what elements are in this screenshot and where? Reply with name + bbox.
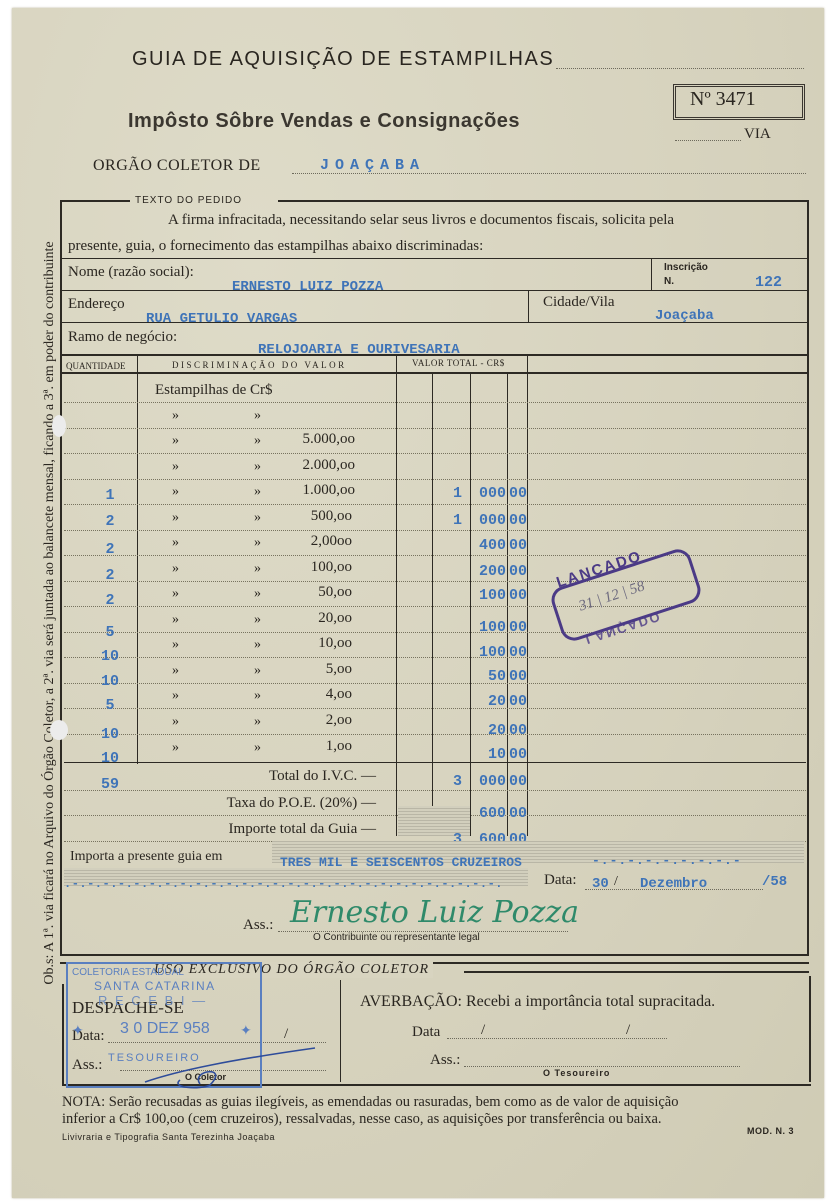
total-ivc-units[interactable]: 000 xyxy=(470,773,506,790)
endereco-value[interactable]: RUA GETULIO VARGAS xyxy=(146,311,297,327)
value-units[interactable]: 100 xyxy=(470,619,506,636)
ditto-mark: » xyxy=(254,586,261,602)
col-header-valor-total: VALOR TOTAL - CR$ xyxy=(412,358,505,368)
date-separator: / xyxy=(481,1022,485,1039)
ditto-mark: » xyxy=(254,714,261,730)
inscricao-label: Inscrição xyxy=(664,262,708,273)
divider xyxy=(651,258,652,290)
inscricao-value[interactable]: 122 xyxy=(755,274,782,291)
divider xyxy=(62,290,807,291)
via-field[interactable] xyxy=(675,140,741,141)
ditto-mark: » xyxy=(172,535,179,551)
ass-label: Ass.: xyxy=(243,917,273,934)
col-line xyxy=(507,374,508,836)
value-units[interactable]: 400 xyxy=(470,537,506,554)
denomination: 1,oo xyxy=(272,738,352,755)
data-month[interactable]: Dezembro xyxy=(640,876,707,892)
data-label: Data: xyxy=(544,872,576,889)
value-units[interactable]: 50 xyxy=(470,668,506,685)
value-cents[interactable]: 00 xyxy=(509,746,531,763)
denomination: 5,oo xyxy=(272,661,352,678)
endereco-label: Endereço xyxy=(68,296,125,313)
total-ivc-thousands[interactable]: 3 xyxy=(432,773,462,790)
col-line xyxy=(432,374,433,836)
ditto-mark: » xyxy=(172,688,179,704)
value-cents[interactable]: 00 xyxy=(509,563,531,580)
value-thousands[interactable]: 1 xyxy=(432,512,462,529)
col-header-quantidade: QUANTIDADE xyxy=(66,361,126,371)
denomination: 500,oo xyxy=(272,508,352,525)
total-quantity[interactable]: 59 xyxy=(80,776,140,793)
quantity[interactable]: 10 xyxy=(80,726,140,743)
request-paragraph-line2: presente, guia, o fornecimento das estam… xyxy=(68,238,483,255)
star-icon: ✦ xyxy=(72,1022,84,1039)
taxa-poe-units[interactable]: 600 xyxy=(470,805,506,822)
ditto-mark: » xyxy=(172,586,179,602)
value-units[interactable]: 20 xyxy=(470,722,506,739)
data-year[interactable]: /58 xyxy=(762,874,787,890)
value-cents[interactable]: 00 xyxy=(509,619,531,636)
cidade-label: Cidade/Vila xyxy=(543,294,615,311)
value-cents[interactable]: 00 xyxy=(509,644,531,661)
quantity[interactable]: 10 xyxy=(80,673,140,690)
document-title: GUIA DE AQUISIÇÃO DE ESTAMPILHAS xyxy=(132,48,554,71)
date-separator: / xyxy=(626,1022,630,1039)
document-number: Nº 3471 xyxy=(690,88,756,111)
value-units[interactable]: 000 xyxy=(470,512,506,529)
denomination: 2,oo xyxy=(272,712,352,729)
ditto-mark: » xyxy=(254,459,261,475)
divider xyxy=(340,980,341,1082)
denomination: 100,oo xyxy=(272,559,352,576)
ditto-mark: » xyxy=(172,484,179,500)
value-cents[interactable]: 00 xyxy=(509,668,531,685)
left-border xyxy=(62,984,64,1084)
ditto-mark: » xyxy=(254,740,261,756)
divider xyxy=(62,322,807,323)
denomination: 1.000,oo xyxy=(275,482,355,499)
coletoria-stamp-line1: COLETORIA ESTADUAL xyxy=(72,967,184,978)
value-cents[interactable]: 00 xyxy=(509,722,531,739)
quantity[interactable]: 5 xyxy=(80,697,140,714)
ditto-mark: » xyxy=(254,612,261,628)
orgao-coletor-label: ORGÃO COLETOR DE xyxy=(93,157,261,175)
value-units[interactable]: 20 xyxy=(470,693,506,710)
importa-filler: -.-.-.-.-.-.-.-.- xyxy=(592,853,742,868)
averbacao-data-label: Data xyxy=(412,1024,440,1041)
denomination: 50,oo xyxy=(272,584,352,601)
ditto-mark: » xyxy=(254,408,261,424)
ditto-mark: » xyxy=(172,561,179,577)
coletoria-stamp-date: 3 0 DEZ 958 xyxy=(120,1020,210,1038)
averbacao-ass-label: Ass.: xyxy=(430,1052,460,1069)
value-units[interactable]: 100 xyxy=(470,644,506,661)
tesoureiro-caption: O Tesoureiro xyxy=(543,1068,610,1078)
inscricao-n-label: N. xyxy=(664,276,674,287)
via-label: VIA xyxy=(744,126,771,143)
taxa-poe-cents[interactable]: 00 xyxy=(509,805,531,822)
date-separator: / xyxy=(614,874,618,890)
ditto-mark: » xyxy=(172,637,179,653)
averbacao-data-field[interactable] xyxy=(447,1038,667,1039)
value-units[interactable]: 10 xyxy=(470,746,506,763)
coletoria-stamp-line3: R E C E B I — xyxy=(98,993,207,1008)
document-subtitle: Impôsto Sôbre Vendas e Consignações xyxy=(128,110,520,133)
contributor-signature: Ernesto Luiz Pozza xyxy=(290,895,579,930)
divider xyxy=(528,290,529,322)
star-icon: ✦ xyxy=(240,1022,252,1039)
estampilhas-intro-label: Estampilhas de Cr$ xyxy=(155,382,272,399)
ditto-mark: » xyxy=(172,433,179,449)
nota-line1: NOTA: Serão recusadas as guias ilegíveis… xyxy=(62,1094,679,1111)
frame-top-left xyxy=(60,200,130,202)
coletor-signature-scribble xyxy=(140,1040,320,1090)
coletoria-stamp-line2: SANTA CATARINA xyxy=(94,979,216,993)
divider xyxy=(464,971,809,973)
ditto-mark: » xyxy=(172,408,179,424)
punch-hole xyxy=(50,720,68,740)
quantity[interactable]: 10 xyxy=(80,648,140,665)
value-cents[interactable]: 00 xyxy=(509,537,531,554)
ditto-mark: » xyxy=(254,433,261,449)
denomination: 4,oo xyxy=(272,686,352,703)
quantity[interactable]: 1 xyxy=(80,487,140,504)
quantity[interactable]: 2 xyxy=(80,513,140,530)
right-border xyxy=(809,976,811,1082)
data-day[interactable]: 30 xyxy=(592,876,609,892)
nota-line2: inferior a Cr$ 100,oo (cem cruzeiros), r… xyxy=(62,1111,662,1128)
col-line xyxy=(470,374,471,836)
title-underline xyxy=(556,68,804,69)
ditto-mark: » xyxy=(254,637,261,653)
total-ivc-label: Total do I.V.C. — xyxy=(200,768,376,785)
ditto-mark: » xyxy=(172,740,179,756)
quantity[interactable]: 5 xyxy=(80,624,140,641)
table-top-border xyxy=(62,354,807,356)
denomination: 10,oo xyxy=(272,635,352,652)
importa-label: Importa a presente guia em xyxy=(70,849,222,865)
contribuinte-caption: O Contribuinte ou representante legal xyxy=(313,932,480,943)
model-number: MOD. N. 3 xyxy=(747,1126,794,1136)
table-header-border xyxy=(62,372,807,374)
value-units[interactable]: 000 xyxy=(470,485,506,502)
ditto-mark: » xyxy=(172,510,179,526)
punch-hole xyxy=(52,415,66,437)
printer-credit: Livivraria e Tipografia Santa Terezinha … xyxy=(62,1132,275,1142)
denomination: 20,oo xyxy=(272,610,352,627)
side-observation-note: Ob.s: A 1ª. via ficará no Arquivo do Órg… xyxy=(42,123,58,1103)
request-paragraph-line1: A firma infracitada, necessitando selar … xyxy=(168,212,674,229)
ditto-mark: » xyxy=(254,561,261,577)
nome-value[interactable]: ERNESTO LUIZ POZZA xyxy=(232,279,383,295)
orgao-coletor-value: JOAÇABA xyxy=(320,157,425,174)
ditto-mark: » xyxy=(254,510,261,526)
value-units[interactable]: 100 xyxy=(470,587,506,604)
nome-label: Nome (razão social): xyxy=(68,264,194,281)
denomination: 2.000,oo xyxy=(275,457,355,474)
texto-do-pedido-label: TEXTO DO PEDIDO xyxy=(135,195,242,206)
denomination: 5.000,oo xyxy=(275,431,355,448)
importe-total-label: Importe total da Guia — xyxy=(150,821,376,838)
frame-top-right xyxy=(278,200,809,202)
averbacao-signature-field[interactable] xyxy=(464,1066,740,1067)
value-units[interactable]: 200 xyxy=(470,563,506,580)
ditto-mark: » xyxy=(254,484,261,500)
denomination: 2,00oo xyxy=(272,533,352,550)
ditto-mark: » xyxy=(254,663,261,679)
quantity[interactable]: 2 xyxy=(80,567,140,584)
ramo-label: Ramo de negócio: xyxy=(68,329,177,346)
value-thousands[interactable]: 1 xyxy=(432,485,462,502)
importa-filler-line2: .-.-.-.-.-.-.-.-.-.-.-.-.-.-.-.-.-.-.-.-… xyxy=(64,877,503,891)
quantity[interactable]: 2 xyxy=(80,541,140,558)
lancado-stamp-date: 31 | 12 | 58 xyxy=(577,578,647,615)
quantity[interactable]: 2 xyxy=(80,592,140,609)
averbacao-text: AVERBAÇÃO: Recebi a importância total su… xyxy=(360,993,715,1011)
ditto-mark: » xyxy=(172,663,179,679)
value-cents[interactable]: 00 xyxy=(509,485,531,502)
quantity[interactable]: 10 xyxy=(80,750,140,767)
ditto-mark: » xyxy=(172,714,179,730)
ditto-mark: » xyxy=(254,535,261,551)
ditto-mark: » xyxy=(254,688,261,704)
ditto-mark: » xyxy=(172,459,179,475)
value-cents[interactable]: 00 xyxy=(509,512,531,529)
col-header-discriminacao: DISCRIMINAÇÃO DO VALOR xyxy=(172,360,347,370)
total-ivc-cents[interactable]: 00 xyxy=(509,773,531,790)
taxa-poe-label: Taxa do P.O.E. (20%) — xyxy=(150,795,376,812)
value-cents[interactable]: 00 xyxy=(509,693,531,710)
divider xyxy=(62,258,807,259)
value-cents[interactable]: 00 xyxy=(509,587,531,604)
ditto-mark: » xyxy=(172,612,179,628)
